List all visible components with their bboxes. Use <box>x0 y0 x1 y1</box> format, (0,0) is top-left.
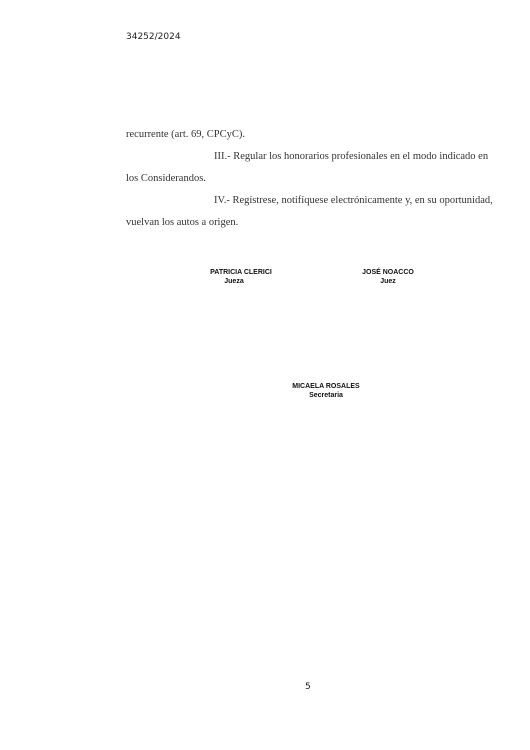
signature-name: MICAELA ROSALES <box>283 382 369 391</box>
body-line: los Considerandos. <box>126 168 420 190</box>
body-line: IV.- Regístrese, notifíquese electrónica… <box>126 190 420 212</box>
signature-block: JOSÉ NOACCO Juez <box>352 268 424 286</box>
signature-block: MICAELA ROSALES Secretaria <box>283 382 369 400</box>
case-number: 34252/2024 <box>126 32 181 42</box>
body-line: recurrente (art. 69, CPCyC). <box>126 124 420 146</box>
body-line: III.- Regular los honorarios profesional… <box>126 146 420 168</box>
body-line: vuelvan los autos a origen. <box>126 212 420 234</box>
signature-title: Secretaria <box>283 391 369 400</box>
signature-title: Jueza <box>182 277 286 286</box>
signature-name: PATRICIA CLERICI <box>196 268 286 277</box>
signature-block: PATRICIA CLERICI Jueza <box>196 268 286 286</box>
signature-title: Juez <box>352 277 424 286</box>
page-number: 5 <box>305 682 311 692</box>
signature-name: JOSÉ NOACCO <box>352 268 424 277</box>
body-text: recurrente (art. 69, CPCyC). III.- Regul… <box>126 124 420 234</box>
